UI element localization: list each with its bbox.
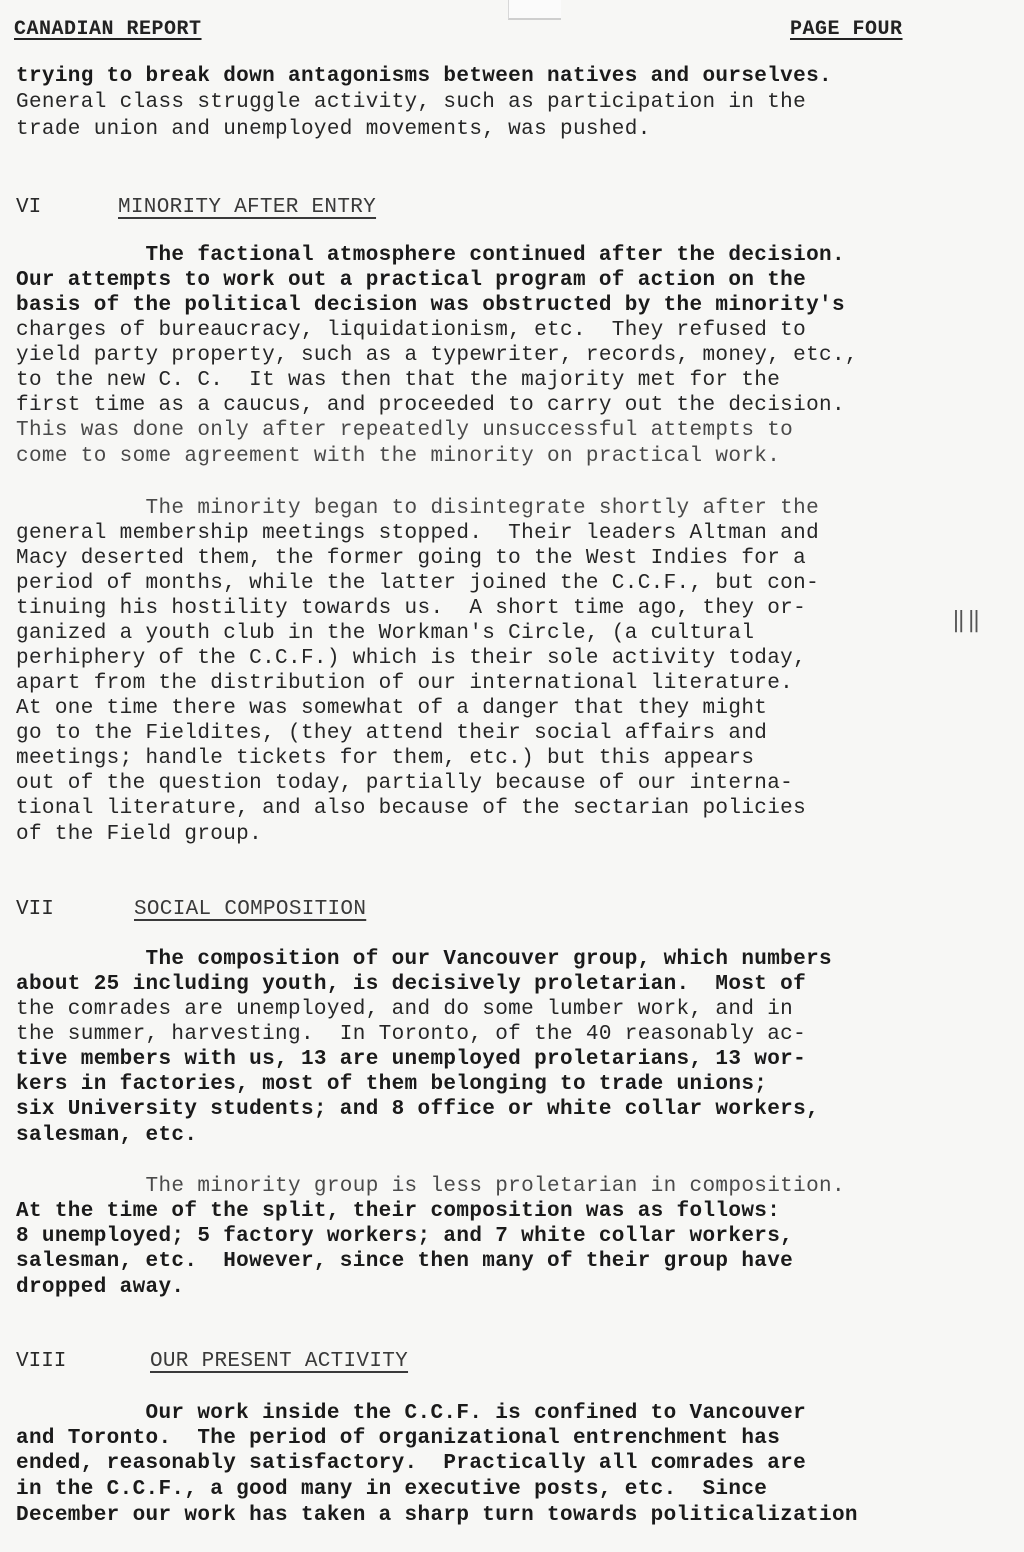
paper-clip-mark	[508, 0, 561, 20]
text-line: go to the Fieldites, (they attend their …	[16, 721, 767, 746]
text-line: The composition of our Vancouver group, …	[16, 947, 832, 972]
text-line: apart from the distribution of our inter…	[16, 671, 793, 696]
section-title: SOCIAL COMPOSITION	[134, 898, 366, 921]
text-line: meetings; handle tickets for them, etc.)…	[16, 746, 754, 771]
section-number: VIII	[16, 1350, 66, 1373]
text-line: tional literature, and also because of t…	[16, 796, 806, 821]
text-line: dropped away.	[16, 1275, 184, 1300]
text-line: six University students; and 8 office or…	[16, 1097, 819, 1122]
text-line: tinuing his hostility towards us. A shor…	[16, 596, 806, 621]
report-title: CANADIAN REPORT	[14, 18, 202, 41]
section-number: VII	[16, 898, 54, 921]
text-line: salesman, etc.	[16, 1123, 197, 1148]
text-line: At one time there was somewhat of a dang…	[16, 696, 767, 721]
document-page: CANADIAN REPORT PAGE FOUR trying to brea…	[0, 0, 1024, 1552]
text-line: trying to break down antagonisms between…	[16, 64, 832, 89]
page-number: PAGE FOUR	[790, 18, 903, 41]
text-line: The minority group is less proletarian i…	[16, 1174, 845, 1199]
text-line: December our work has taken a sharp turn…	[16, 1503, 858, 1528]
text-line: Macy deserted them, the former going to …	[16, 546, 806, 571]
text-line: tive members with us, 13 are unemployed …	[16, 1047, 806, 1072]
text-line: general membership meetings stopped. The…	[16, 521, 819, 546]
text-line: period of months, while the latter joine…	[16, 571, 819, 596]
text-line: perhiphery of the C.C.F.) which is their…	[16, 646, 806, 671]
text-line: salesman, etc. However, since then many …	[16, 1249, 793, 1274]
text-line: ended, reasonably satisfactory. Practica…	[16, 1451, 806, 1476]
text-line: first time as a caucus, and proceeded to…	[16, 393, 845, 418]
text-line: in the C.C.F., a good many in executive …	[16, 1477, 767, 1502]
text-line: General class struggle activity, such as…	[16, 90, 806, 115]
section-title: MINORITY AFTER ENTRY	[118, 196, 376, 219]
text-line: Our attempts to work out a practical pro…	[16, 268, 806, 293]
section-number: VI	[16, 196, 41, 219]
text-line: At the time of the split, their composit…	[16, 1199, 780, 1224]
text-line: basis of the political decision was obst…	[16, 293, 845, 318]
text-line: come to some agreement with the minority…	[16, 444, 780, 469]
text-line: ganized a youth club in the Workman's Ci…	[16, 621, 754, 646]
text-line: 8 unemployed; 5 factory workers; and 7 w…	[16, 1224, 793, 1249]
text-line: the summer, harvesting. In Toronto, of t…	[16, 1022, 806, 1047]
text-line: The minority began to disintegrate short…	[16, 496, 819, 521]
text-line: kers in factories, most of them belongin…	[16, 1072, 767, 1097]
text-line: the comrades are unemployed, and do some…	[16, 997, 793, 1022]
section-title: OUR PRESENT ACTIVITY	[150, 1350, 408, 1373]
text-line: This was done only after repeatedly unsu…	[16, 418, 793, 443]
text-line: The factional atmosphere continued after…	[16, 243, 845, 268]
handwritten-margin-mark: ‖‖	[952, 608, 983, 634]
text-line: Our work inside the C.C.F. is confined t…	[16, 1401, 806, 1426]
text-line: and Toronto. The period of organizationa…	[16, 1426, 780, 1451]
text-line: of the Field group.	[16, 822, 262, 847]
text-line: yield party property, such as a typewrit…	[16, 343, 858, 368]
text-line: charges of bureaucracy, liquidationism, …	[16, 318, 806, 343]
text-line: trade union and unemployed movements, wa…	[16, 117, 651, 142]
text-line: to the new C. C. It was then that the ma…	[16, 368, 780, 393]
text-line: about 25 including youth, is decisively …	[16, 972, 806, 997]
text-line: out of the question today, partially bec…	[16, 771, 793, 796]
